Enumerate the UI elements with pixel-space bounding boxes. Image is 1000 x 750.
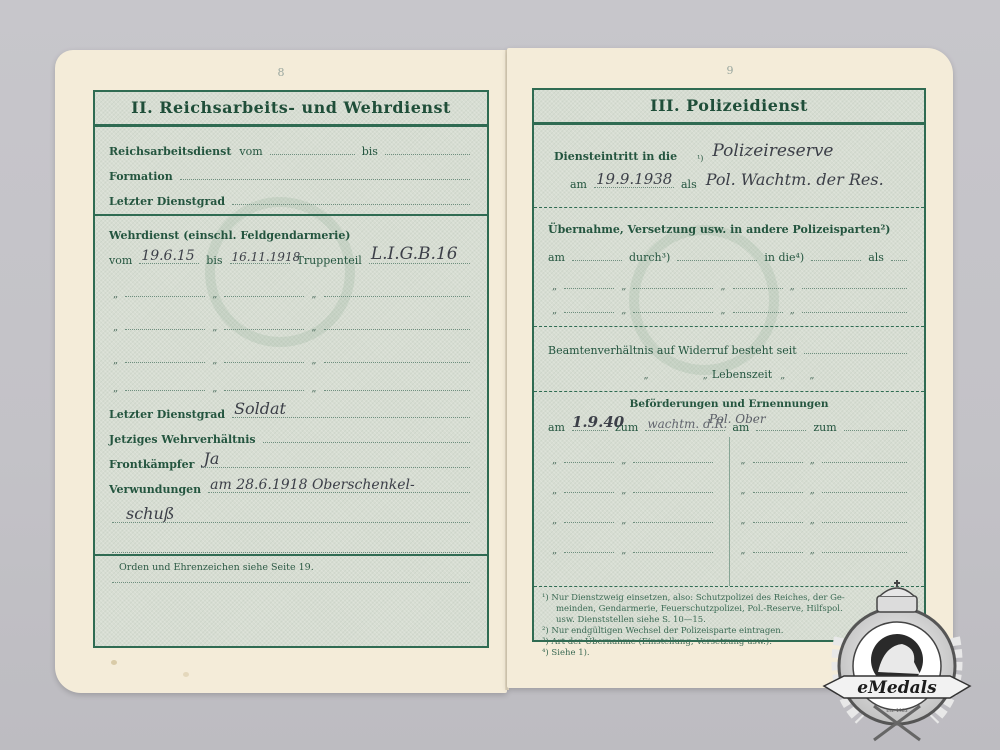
entry-date-label: am <box>570 178 587 191</box>
ditto-mark: „ <box>113 322 118 333</box>
promo-rank-value: wachtm. d.R. <box>647 417 727 431</box>
transfer-am-field[interactable] <box>572 246 622 261</box>
wounds-label: Verwundungen <box>109 483 201 496</box>
ditto-mark: „ <box>311 289 316 300</box>
civil-servant-field[interactable] <box>804 339 907 354</box>
front-fighter-value: Ja <box>203 449 219 468</box>
rad-from-field[interactable] <box>270 140 355 155</box>
ditto-mark: „ <box>720 305 725 316</box>
promo-ditto-field[interactable] <box>822 448 907 463</box>
ditto-mark: „ <box>621 545 626 556</box>
last-rank-field[interactable]: Soldat <box>232 403 470 418</box>
transfer-ditto-field[interactable] <box>564 274 614 289</box>
wounds-value: am 28.6.1918 Oberschenkel- <box>210 477 415 493</box>
current-status-field[interactable] <box>263 428 470 443</box>
wehr-to-label: bis <box>206 254 222 267</box>
promotions-column-divider <box>729 437 730 586</box>
promo-date-field-2[interactable] <box>756 416 806 431</box>
rad-to-field[interactable] <box>385 140 470 155</box>
civil-servant-section: Beamtenverhältnis auf Widerruf besteht s… <box>534 327 924 392</box>
section-title-military: II. Reichsarbeits- und Wehrdienst <box>95 92 487 127</box>
promo-ditto-field[interactable] <box>564 508 614 523</box>
wounds-field-cont[interactable]: schuß <box>112 508 470 523</box>
ditto-mark: „ <box>809 370 814 381</box>
ditto-mark: „ <box>643 370 648 381</box>
wehr-to-value: 16.11.1918 <box>232 250 301 264</box>
wehr-ditto-field[interactable] <box>224 315 304 330</box>
rad-section: Reichsarbeitsdienst vom bis Formation Le… <box>95 127 487 216</box>
transfer-ditto-field[interactable] <box>564 298 614 313</box>
entry-footnote-ref: ¹) <box>697 154 703 163</box>
ditto-mark: „ <box>810 455 815 466</box>
ditto-mark: „ <box>552 545 557 556</box>
ditto-mark: „ <box>621 515 626 526</box>
emedals-brand-text: eMedals <box>857 678 937 698</box>
promo-ditto-field[interactable] <box>633 508 713 523</box>
entry-date-value: 19.9.1938 <box>596 170 672 188</box>
wounds-field-blank[interactable] <box>112 538 470 553</box>
wehr-ditto-field[interactable] <box>324 282 470 297</box>
formation-label: Formation <box>109 170 173 183</box>
entry-branch-field[interactable]: Polizeireserve <box>710 146 907 160</box>
promo-ditto-field[interactable] <box>633 538 713 553</box>
transfer-section: Übernahme, Versetzung usw. in andere Pol… <box>534 208 924 327</box>
promo-ditto-field[interactable] <box>564 478 614 493</box>
ditto-mark: „ <box>810 485 815 496</box>
wehr-from-value: 19.6.15 <box>141 248 194 264</box>
entry-date-field[interactable]: 19.9.1938 <box>594 173 674 188</box>
ditto-mark: „ <box>311 322 316 333</box>
wehr-ditto-field[interactable] <box>125 315 205 330</box>
ditto-mark: „ <box>740 485 745 496</box>
entry-label: Diensteintritt in die <box>554 150 677 163</box>
front-fighter-label: Frontkämpfer <box>109 458 194 471</box>
ditto-mark: „ <box>740 515 745 526</box>
ditto-mark: „ <box>790 305 795 316</box>
ditto-mark: „ <box>212 322 217 333</box>
wehr-ditto-field[interactable] <box>224 282 304 297</box>
ditto-mark: „ <box>113 289 118 300</box>
transfer-ditto-field[interactable] <box>802 298 907 313</box>
ditto-mark: „ <box>552 305 557 316</box>
promo-ditto-field[interactable] <box>753 508 803 523</box>
military-service-form: II. Reichsarbeits- und Wehrdienst Reichs… <box>93 90 489 648</box>
rad-last-rank-field[interactable] <box>232 190 470 205</box>
section-title-police: III. Polizeidienst <box>534 90 924 125</box>
wounds-field[interactable]: am 28.6.1918 Oberschenkel- <box>208 478 470 493</box>
page-number-right: 9 <box>507 64 953 77</box>
transfer-ditto-field[interactable] <box>633 298 713 313</box>
ditto-mark: „ <box>810 515 815 526</box>
wounds-value-cont: schuß <box>126 504 174 523</box>
promo-date-value: 1.9.40 <box>572 413 624 431</box>
svg-text:Est. 1983: Est. 1983 <box>886 708 907 714</box>
promo-ditto-field[interactable] <box>753 538 803 553</box>
promo-ditto-field[interactable] <box>753 478 803 493</box>
promo-rank-field-2[interactable] <box>844 416 907 431</box>
wehr-ditto-field[interactable] <box>324 376 470 391</box>
wehr-ditto-field[interactable] <box>125 348 205 363</box>
ditto-mark: „ <box>621 455 626 466</box>
ditto-mark: „ <box>311 383 316 394</box>
ditto-mark: „ <box>703 370 708 381</box>
ditto-mark: „ <box>552 281 557 292</box>
entry-as-label: als <box>681 178 697 191</box>
unit-label: Truppenteil <box>297 254 362 267</box>
ditto-mark: „ <box>212 383 217 394</box>
ditto-mark: „ <box>740 545 745 556</box>
promotions-section: Beförderungen und Ernennungen Pol. Ober … <box>534 392 924 587</box>
lifetime-label: Lebenszeit <box>712 368 772 381</box>
transfer-indie-label: in die⁴) <box>764 251 804 264</box>
transfer-als-label: als <box>868 251 884 264</box>
last-rank-value: Soldat <box>234 399 286 418</box>
unit-field[interactable]: L.I.G.B.16 <box>369 249 470 264</box>
wehr-ditto-field[interactable] <box>125 376 205 391</box>
ditto-mark: „ <box>621 485 626 496</box>
front-fighter-field[interactable]: Ja <box>201 453 470 468</box>
transfer-durch-field[interactable] <box>677 246 757 261</box>
promo-ditto-field[interactable] <box>822 478 907 493</box>
left-page: 8 II. Reichsarbeits- und Wehrdienst Reic… <box>55 50 507 693</box>
wounds-field-blank[interactable] <box>112 568 470 583</box>
ditto-mark: „ <box>113 355 118 366</box>
transfer-ditto-field[interactable] <box>633 274 713 289</box>
wehrdienst-heading: Wehrdienst (einschl. Feldgendarmerie) <box>109 229 351 242</box>
ditto-mark: „ <box>621 281 626 292</box>
entry-as-value: Pol. Wachtm. der Res. <box>706 170 884 189</box>
transfer-durch-label: durch³) <box>629 251 670 264</box>
transfer-am-label: am <box>548 251 565 264</box>
entry-as-field[interactable]: Pol. Wachtm. der Res. <box>704 174 907 188</box>
ditto-mark: „ <box>740 455 745 466</box>
rad-from-label: vom <box>239 145 262 158</box>
open-service-booklet: 8 II. Reichsarbeits- und Wehrdienst Reic… <box>0 0 1000 750</box>
ditto-mark: „ <box>552 485 557 496</box>
promotions-heading: Beförderungen und Ernennungen <box>548 392 910 410</box>
transfer-ditto-field[interactable] <box>733 298 783 313</box>
transfer-heading: Übernahme, Versetzung usw. in andere Pol… <box>548 223 891 236</box>
ditto-mark: „ <box>780 370 785 381</box>
rad-last-rank-label: Letzter Dienstgrad <box>109 195 225 208</box>
transfer-ditto-field[interactable] <box>802 274 907 289</box>
last-rank-label: Letzter Dienstgrad <box>109 408 225 421</box>
ditto-mark: „ <box>552 455 557 466</box>
transfer-als-field[interactable] <box>891 246 907 261</box>
promo-zum-label-2: zum <box>813 421 836 434</box>
promo-rank-field[interactable]: wachtm. d.R. <box>645 416 725 431</box>
ditto-mark: „ <box>113 383 118 394</box>
wehr-from-field[interactable]: 19.6.15 <box>139 249 199 264</box>
entry-section: Diensteintritt in die ¹) Polizeireserve … <box>534 125 924 208</box>
ditto-mark: „ <box>621 305 626 316</box>
transfer-indie-field[interactable] <box>811 246 861 261</box>
unit-value: L.I.G.B.16 <box>371 244 458 264</box>
wehrdienst-section: Wehrdienst (einschl. Feldgendarmerie) vo… <box>95 216 487 556</box>
civil-servant-label: Beamtenverhältnis auf Widerruf besteht s… <box>548 344 797 357</box>
wehr-ditto-field[interactable] <box>125 282 205 297</box>
wehr-ditto-field[interactable] <box>224 348 304 363</box>
wehr-ditto-field[interactable] <box>224 376 304 391</box>
ditto-mark: „ <box>212 355 217 366</box>
promo-ditto-field[interactable] <box>753 448 803 463</box>
current-status-label: Jetziges Wehrverhältnis <box>109 433 256 446</box>
wehr-to-field[interactable]: 16.11.1918 <box>230 249 290 264</box>
ditto-mark: „ <box>810 545 815 556</box>
promo-ditto-field[interactable] <box>564 538 614 553</box>
formation-field[interactable] <box>180 165 470 180</box>
page-number-left: 8 <box>55 66 507 79</box>
ditto-mark: „ <box>552 515 557 526</box>
promo-ditto-field[interactable] <box>564 448 614 463</box>
promo-ditto-field[interactable] <box>633 448 713 463</box>
rad-to-label: bis <box>362 145 378 158</box>
promo-ditto-field[interactable] <box>822 508 907 523</box>
rad-label: Reichsarbeitsdienst <box>109 145 231 158</box>
wehr-from-label: vom <box>109 254 132 267</box>
entry-branch-value: Polizeireserve <box>712 141 833 161</box>
promo-ditto-field[interactable] <box>633 478 713 493</box>
ditto-mark: „ <box>212 289 217 300</box>
wehr-ditto-field[interactable] <box>324 315 470 330</box>
police-service-form: III. Polizeidienst Diensteintritt in die… <box>532 88 926 642</box>
ditto-mark: „ <box>790 281 795 292</box>
ditto-mark: „ <box>720 281 725 292</box>
promo-ditto-field[interactable] <box>822 538 907 553</box>
wehr-ditto-field[interactable] <box>324 348 470 363</box>
ditto-mark: „ <box>311 355 316 366</box>
promo-am-label: am <box>548 421 565 434</box>
transfer-ditto-field[interactable] <box>733 274 783 289</box>
emedals-logo-icon: eMedals Est. 1983 <box>822 578 972 746</box>
promo-date-field[interactable]: 1.9.40 <box>572 416 608 431</box>
